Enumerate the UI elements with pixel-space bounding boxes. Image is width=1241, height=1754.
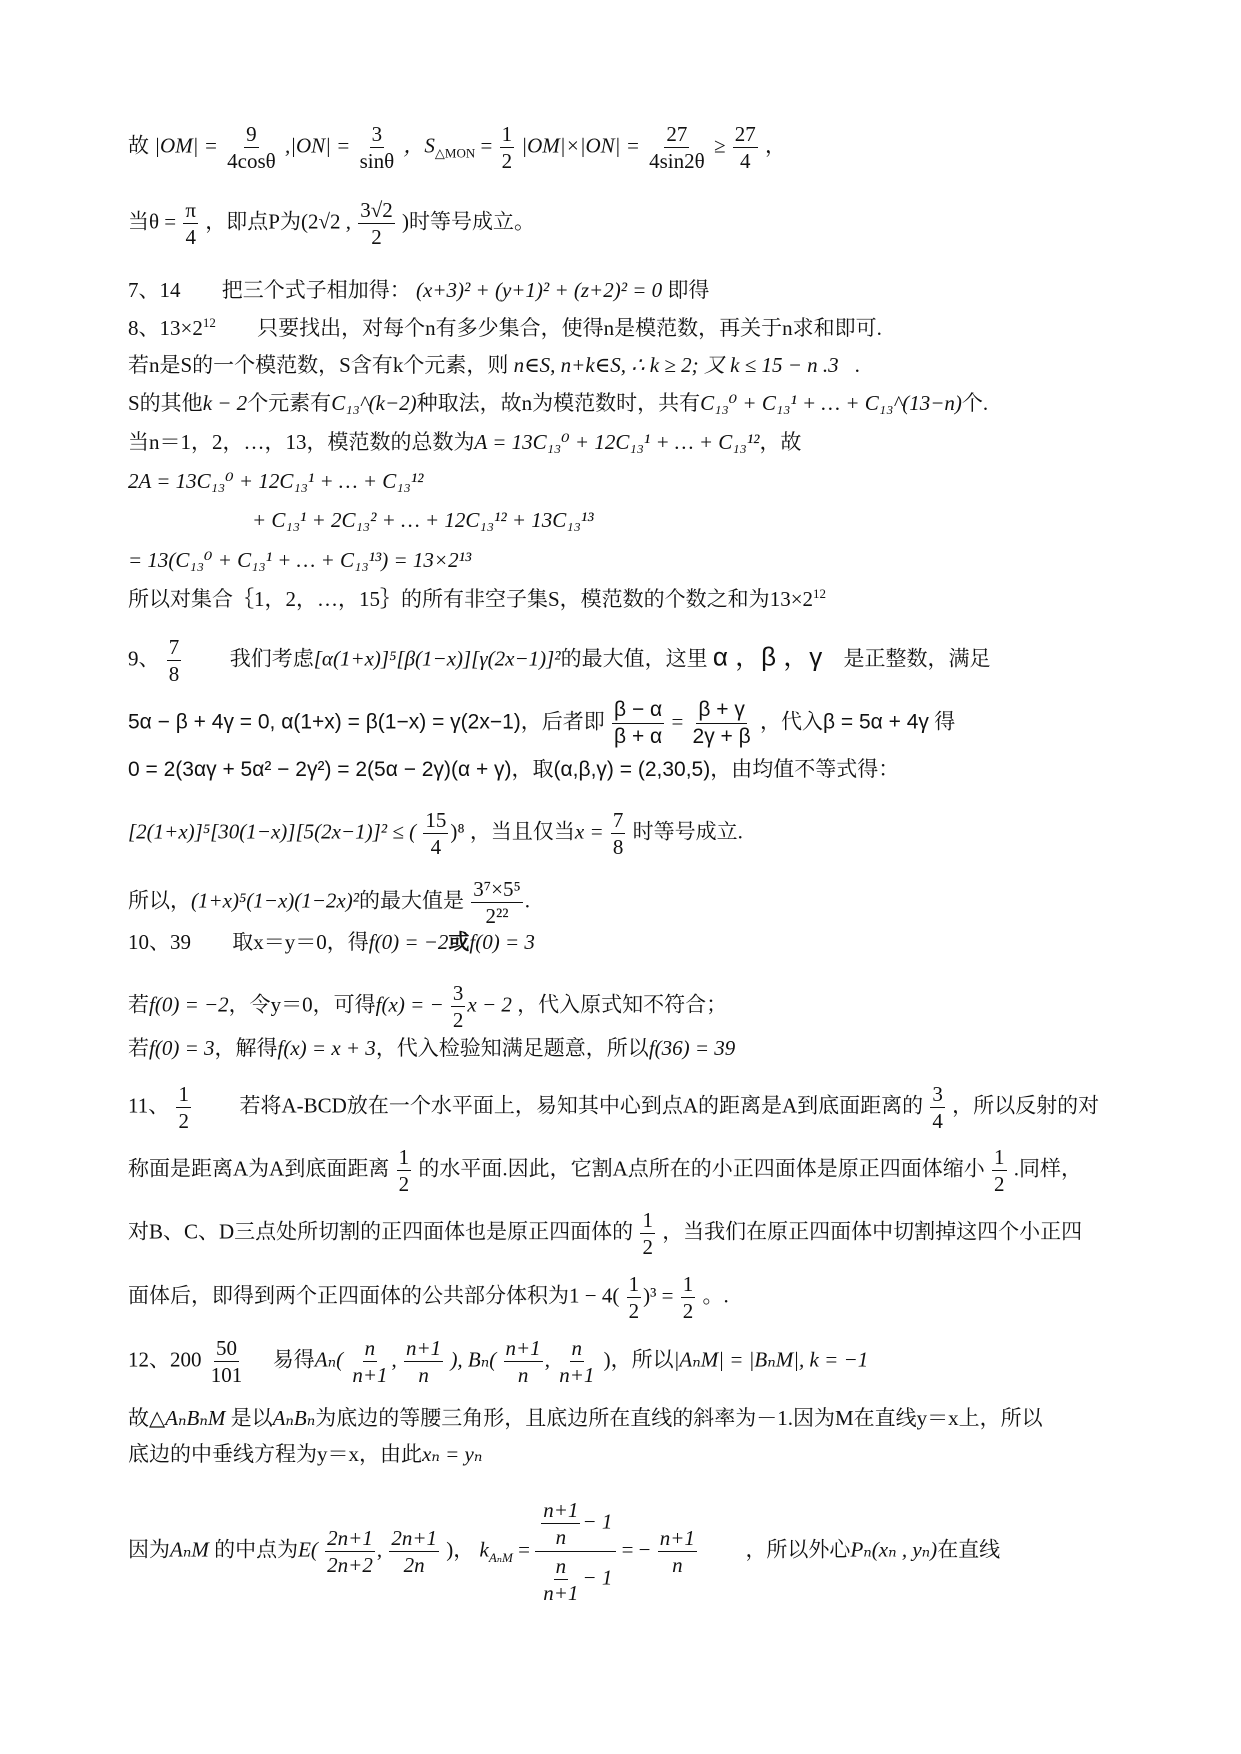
fraction: n+1n [404, 1336, 443, 1387]
s6-line-2: 当θ = π4 ，即点P为(2√2 , 3√22 )时等号成立。 [128, 198, 535, 249]
s9-line-1: 9、 78 我们考虑[α(1+x)]⁵[β(1−x)][γ(2x−1)]²的最大… [128, 635, 991, 686]
fraction: 12 [397, 1145, 412, 1196]
answer-number: 7、14 [128, 278, 181, 302]
fraction: 154 [423, 808, 448, 859]
s8-line-3: S的其他k − 2个元素有C₁₃^(k−2)种取法，故n为模范数时，共有C₁₃⁰… [128, 389, 988, 417]
s8-line-7: = 13(C₁₃⁰ + C₁₃¹ + … + C₁₃¹³) = 13×2¹³ [128, 546, 471, 574]
s8-line-4: 当n＝1，2，…，13，模范数的总数为A = 13C₁₃⁰ + 12C₁₃¹ +… [128, 428, 801, 456]
answer-number: 9、 [128, 646, 160, 670]
fraction: π4 [183, 198, 198, 249]
fraction: nn+1 [350, 1336, 389, 1387]
s11-line-2: 称面是距离A为A到底面距离 12 的水平面.因此，它割A点所在的小正四面体是原正… [128, 1145, 1082, 1196]
fraction: 3⁷×5⁵2²² [471, 877, 523, 928]
fraction: 94cosθ [225, 122, 278, 173]
fraction: 78 [167, 635, 182, 686]
fraction: 12 [992, 1145, 1007, 1196]
answer-number: 10、39 [128, 930, 191, 954]
s11-line-4: 面体后，即得到两个正四面体的公共部分体积为1 − 4( 12)³ = 12 。. [128, 1272, 729, 1323]
s12-line-2: 故△AₙBₙM 是以AₙBₙ为底边的等腰三角形，且底边所在直线的斜率为－1.因为… [128, 1404, 1043, 1432]
s12-line-4: 因为AₙM 的中点为E( 2n+12n+2, 2n+12n )， kAₙM = … [128, 1498, 1000, 1606]
fraction: 12 [627, 1272, 642, 1323]
fraction: 3sinθ [358, 122, 397, 173]
fraction: 32 [451, 981, 466, 1032]
s8-line-5: 2A = 13C₁₃⁰ + 12C₁₃¹ + … + C₁₃¹² [128, 467, 423, 495]
math: ，S [403, 133, 435, 157]
math: |OM| = [154, 133, 218, 157]
fraction: 34 [930, 1082, 945, 1133]
s11-line-3: 对B、C、D三点处所切割的正四面体也是原正四面体的 12 ，当我们在原正四面体中… [128, 1208, 1082, 1259]
fraction: 12 [681, 1272, 696, 1323]
fraction: 274 [733, 122, 758, 173]
s9-line-5: 所以，(1+x)⁵(1−x)(1−2x)²的最大值是 3⁷×5⁵2²². [128, 877, 530, 928]
fraction: 78 [611, 808, 626, 859]
fraction: β + γ2γ + β [691, 698, 753, 749]
s9-line-2: 5α − β + 4γ = 0, α(1+x) = β(1−x) = γ(2x−… [128, 698, 955, 749]
s10-line-2: 若f(0) = −2，令y＝0，可得f(x) = − 32x − 2 ，代入原式… [128, 981, 727, 1032]
fraction: 12 [640, 1208, 655, 1259]
s8-line-1: 8、13×212 只要找出，对每个n有多少集合，使得n是模范数，再关于n求和即可… [128, 314, 882, 342]
s12-line-1: 12、200 50101 易得Aₙ( nn+1, n+1n ), Bₙ( n+1… [128, 1336, 868, 1387]
fraction: 12 [176, 1082, 191, 1133]
s8-line-8: 所以对集合｛1，2，…，15｝的所有非空子集S，模范数的个数之和为13×212 [128, 585, 826, 613]
answer-number: 8、13×2 [128, 316, 203, 340]
answer-number: 11、 [128, 1093, 169, 1117]
fraction: 3√22 [358, 198, 395, 249]
s11-line-1: 11、 12 若将A-BCD放在一个水平面上，易知其中心到点A的距离是A到底面距… [128, 1082, 1099, 1133]
fraction: 2n+12n [389, 1526, 439, 1577]
fraction: 274sin2θ [647, 122, 707, 173]
s6-line-1: 故 |OM| = 94cosθ ,|ON| = 3sinθ ，S△MON = 1… [128, 122, 786, 173]
fraction: β − αβ + α [612, 698, 664, 749]
s10-line-3: 若f(0) = 3，解得f(x) = x + 3，代入检验知满足题意，所以f(3… [128, 1034, 735, 1062]
compound-fraction: n+1n− 1 nn+1− 1 [535, 1498, 616, 1606]
fraction: nn+1 [557, 1336, 596, 1387]
s12-line-3: 底边的中垂线方程为y＝x，由此xₙ = yₙ [128, 1440, 482, 1468]
fraction: 12 [500, 122, 515, 173]
math: ,|ON| = [285, 133, 350, 157]
s8-line-2: 若n是S的一个模范数，S含有k个元素，则 n∈S, n+k∈S, ∴ k ≥ 2… [128, 351, 860, 379]
s9-line-4: [2(1+x)]⁵[30(1−x)][5(2x−1)]² ≤ ( 154)⁸ ，… [128, 808, 743, 859]
s9-line-3: 0 = 2(3αγ + 5α² − 2γ²) = 2(5α − 2γ)(α + … [128, 755, 899, 784]
fraction: n+1n [658, 1526, 697, 1577]
s10-line-1: 10、39 取x＝y＝0，得f(0) = −2或f(0) = 3 [128, 928, 535, 956]
fraction: 2n+12n+2 [325, 1526, 375, 1577]
s8-line-6: + C₁₃¹ + 2C₁₃² + … + 12C₁₃¹² + 13C₁₃¹³ [252, 506, 594, 534]
s7-line: 7、14 把三个式子相加得： (x+3)² + (y+1)² + (z+2)² … [128, 276, 709, 304]
text: 故 [128, 133, 149, 157]
fraction: n+1n [504, 1336, 543, 1387]
fraction: 50101 [209, 1336, 245, 1387]
answer-number: 12、200 [128, 1347, 202, 1371]
